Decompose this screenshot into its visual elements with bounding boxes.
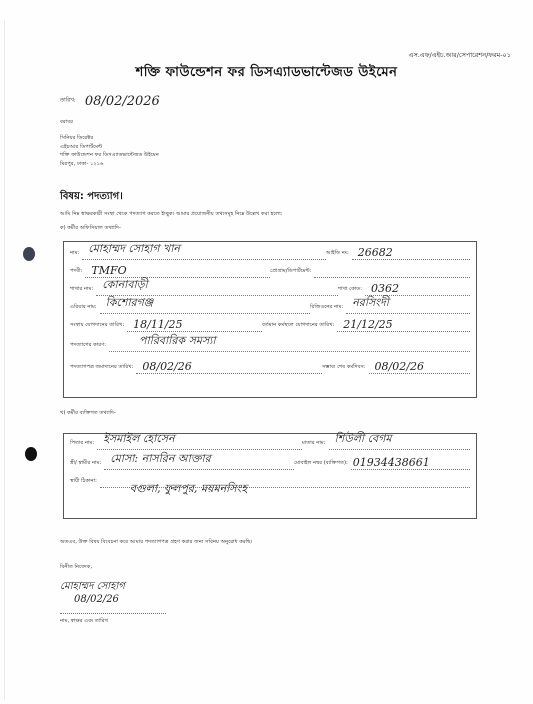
signature-name: মোহাম্মদ সোহাগ bbox=[60, 580, 125, 593]
mobile-number-field[interactable]: মোবাইল নম্বর (ব্যক্তিগত): 01934438661 bbox=[294, 456, 470, 470]
signature-date: 08/02/26 bbox=[74, 593, 125, 606]
last-working-day-field[interactable]: সম্ভাব্য শেষ কর্মদিবস: 08/02/26 bbox=[322, 360, 470, 374]
subject-line: বিষয়: পদত্যাগ। bbox=[60, 189, 123, 206]
signature-caption: নাম, স্বাক্ষর এবং তারিখ bbox=[60, 617, 108, 626]
intro-text: আমি নিম্ন স্বাক্ষরকারী সংস্থা থেকে পদত্য… bbox=[60, 210, 283, 219]
scan-edge bbox=[4, 20, 5, 700]
program-field[interactable]: প্রোগ্রাম/ডিপার্টমেন্ট: bbox=[270, 264, 470, 278]
org-join-date-field[interactable]: সংস্থায় যোগদানের তারিখ: 18/11/25 bbox=[70, 318, 262, 332]
to-label: বরাবর bbox=[60, 118, 73, 127]
area-name-field[interactable]: এরিয়ার নাম: কিশোরগঞ্জ bbox=[70, 300, 310, 314]
personal-info-box: পিতার নাম: ইসমাইল হোসেন মাতার নাম: শিউলী… bbox=[63, 433, 477, 519]
father-name-field[interactable]: পিতার নাম: ইসমাইল হোসেন bbox=[70, 436, 302, 450]
address-line: মিরপুর, ঢাকা- ১২১৬ bbox=[60, 160, 159, 169]
section-b-title: খ) কর্মীর ব্যক্তিগত তথ্যাদি- bbox=[60, 409, 116, 418]
punch-hole-icon bbox=[25, 447, 37, 461]
section-a-title: ক) কর্মীর অফিসিয়াল তথ্যাদি- bbox=[60, 224, 121, 233]
mother-name-field[interactable]: মাতার নাম: শিউলী বেগম bbox=[302, 436, 470, 450]
address-line: শক্তি ফাউন্ডেশন ফর ডিসএ্যাডভান্টেজড উইমে… bbox=[60, 151, 159, 160]
resignation-reason-field[interactable]: পদত্যাগের কারণ: পারিবারিক সমস্যা bbox=[70, 338, 470, 352]
punch-hole-icon bbox=[23, 247, 35, 261]
regards-text: বিনীত নিবেদক, bbox=[60, 563, 92, 572]
recipient-address: সিনিয়র ডিরেক্টর এইচআর ডিপার্টমেন্ট শক্ত… bbox=[60, 134, 159, 168]
employee-id-field[interactable]: আইডি নং: 26682 bbox=[326, 246, 470, 260]
signature-line bbox=[60, 613, 166, 614]
address-line: এইচআর ডিপার্টমেন্ট bbox=[60, 143, 159, 152]
address-line: সিনিয়র ডিরেক্টর bbox=[60, 134, 159, 143]
organization-title: শক্তি ফাউন্ডেশন ফর ডিসএ্যাডভান্টেজড উইমে… bbox=[0, 63, 533, 84]
date-value: 08/02/2026 bbox=[85, 94, 160, 109]
closing-text: অতএব, উক্ত বিষয় বিবেচনা করে আমার পদত্যা… bbox=[60, 538, 252, 547]
form-code: এস.এফ/এইচ.আর/সেপারেশন/ফরম-০১ bbox=[409, 50, 512, 61]
designation-field[interactable]: পদবী: TMFO bbox=[70, 264, 270, 278]
submission-date-field[interactable]: পদত্যাগপত্র জমাদানের তারিখ: 08/02/26 bbox=[70, 360, 322, 374]
spouse-name-field[interactable]: স্ত্রী/ স্বামীর নাম: মোসা: নাসরিন আক্তার bbox=[70, 456, 294, 470]
letter-date: তারিখ: 08/02/2026 bbox=[60, 91, 160, 110]
region-name-field[interactable]: রিজিওনের নাম: নরসিংদী bbox=[310, 300, 470, 314]
signature: মোহাম্মদ সোহাগ 08/02/26 bbox=[60, 580, 125, 606]
current-join-date-field[interactable]: বর্তমান কর্মস্থলে যোগদানের তারিখ: 21/12/… bbox=[262, 318, 470, 332]
name-field[interactable]: নাম: মোহাম্মদ সোহাগ খান bbox=[70, 246, 326, 260]
official-info-box: নাম: মোহাম্মদ সোহাগ খান আইডি নং: 26682 প… bbox=[63, 241, 477, 398]
date-label: তারিখ: bbox=[60, 98, 76, 104]
permanent-address-field[interactable]: স্থায়ী ঠিকানা: বগুলা, ফুলপুর, ময়মনসিংহ bbox=[70, 474, 470, 488]
